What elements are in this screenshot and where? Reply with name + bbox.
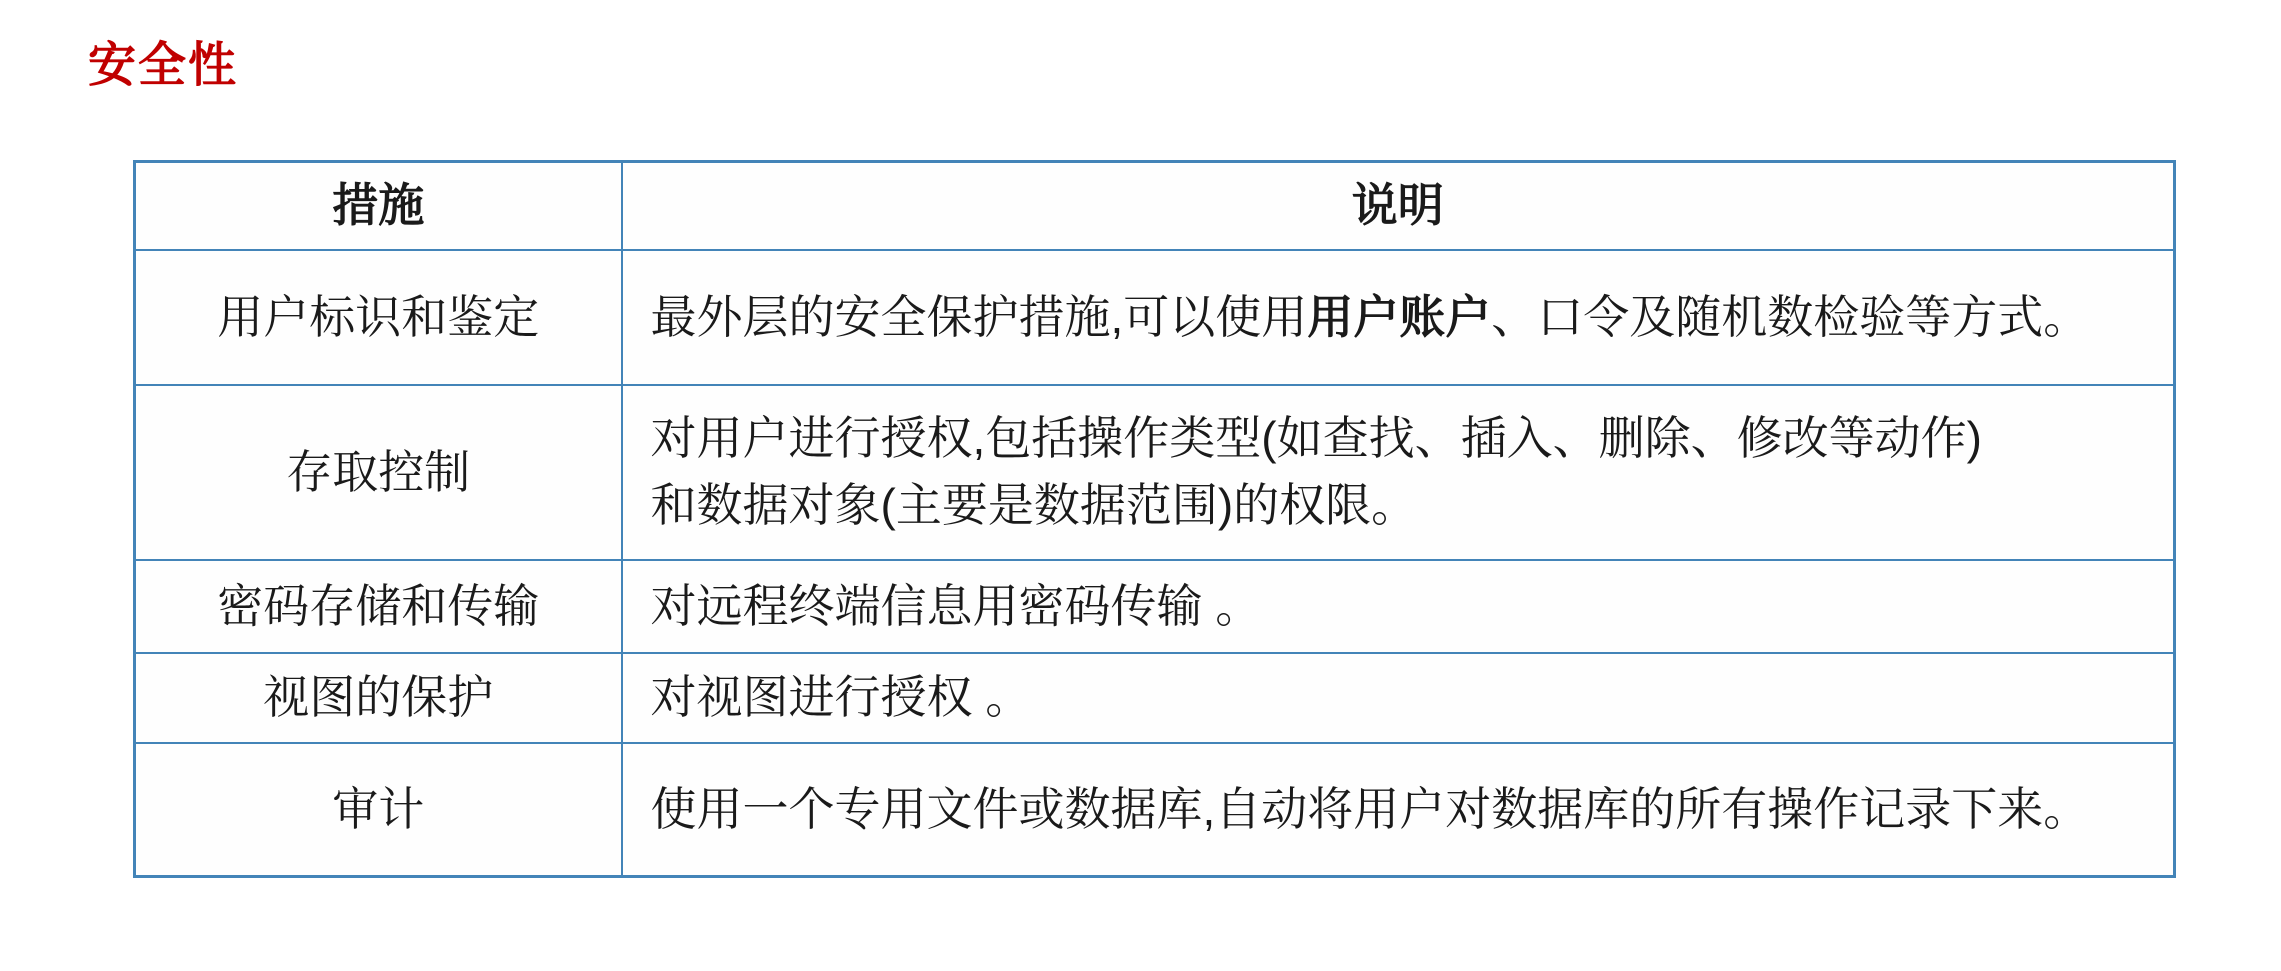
table-row: 用户标识和鉴定 最外层的安全保护措施,可以使用用户账户、口令及随机数检验等方式。 [135,250,2175,385]
table-header-row: 措施 说明 [135,162,2175,250]
measure-cell: 用户标识和鉴定 [135,250,622,385]
page-title: 安全性 [88,26,238,95]
document-page: 安全性 措施 说明 用户标识和鉴定 最外层的安全保护措施,可以使用用户账户、口令… [0,0,2281,971]
security-measures-table: 措施 说明 用户标识和鉴定 最外层的安全保护措施,可以使用用户账户、口令及随机数… [133,160,2176,878]
measure-cell: 视图的保护 [135,653,622,743]
description-text: 最外层的安全保护措施,可以使用 [651,291,1308,343]
description-cell: 对远程终端信息用密码传输 。 [622,560,2175,653]
table-row: 审计 使用一个专用文件或数据库,自动将用户对数据库的所有操作记录下来。 [135,743,2175,877]
header-cell-measure: 措施 [135,162,622,250]
description-text: 、口令及随机数检验等方式。 [1491,291,2089,343]
description-cell: 对用户进行授权,包括操作类型(如查找、插入、删除、修改等动作) 和数据对象(主要… [622,385,2175,560]
description-line-2: 和数据对象(主要是数据范围)的权限。 [651,472,2164,539]
measure-cell: 存取控制 [135,385,622,560]
table-row: 视图的保护 对视图进行授权 。 [135,653,2175,743]
description-cell: 对视图进行授权 。 [622,653,2175,743]
description-line-1: 对用户进行授权,包括操作类型(如查找、插入、删除、修改等动作) [651,405,2164,472]
measure-cell: 审计 [135,743,622,877]
description-cell: 使用一个专用文件或数据库,自动将用户对数据库的所有操作记录下来。 [622,743,2175,877]
table-row: 存取控制 对用户进行授权,包括操作类型(如查找、插入、删除、修改等动作) 和数据… [135,385,2175,560]
table-row: 密码存储和传输 对远程终端信息用密码传输 。 [135,560,2175,653]
measure-cell: 密码存储和传输 [135,560,622,653]
description-text-bold: 用户账户 [1307,291,1491,343]
description-cell: 最外层的安全保护措施,可以使用用户账户、口令及随机数检验等方式。 [622,250,2175,385]
header-cell-description: 说明 [622,162,2175,250]
